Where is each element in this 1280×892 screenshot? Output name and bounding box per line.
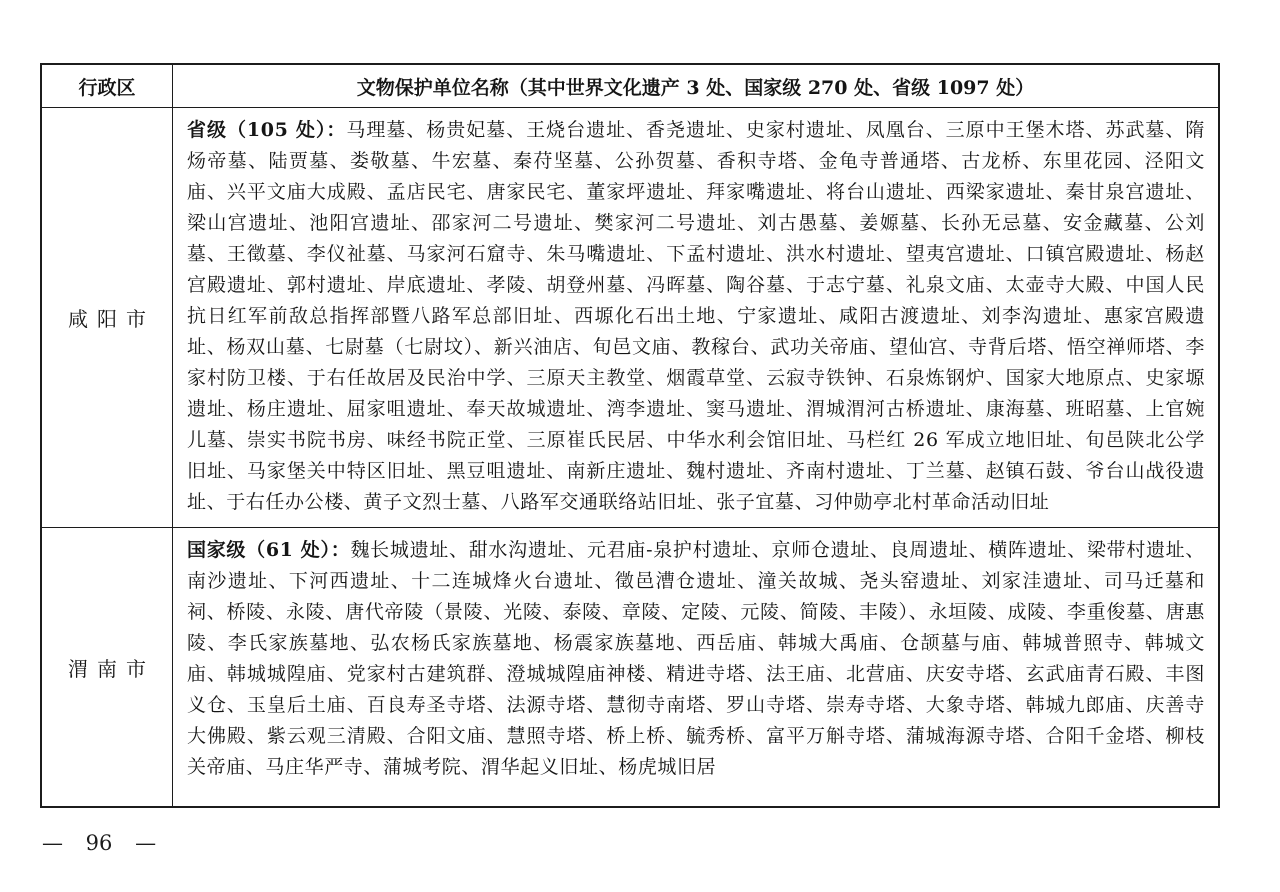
level-label-provincial: 省级（105 处）： [187,119,346,141]
units-paragraph: 省级（105 处）：马理墓、杨贵妃墓、王烧台遗址、香尧遗址、史家村遗址、凤凰台、… [187,115,1205,518]
heritage-units-table: 行政区 文物保护单位名称（其中世界文化遗产 3 处、国家级 270 处、省级 1… [40,63,1220,808]
header-cell-region: 行政区 [41,64,173,108]
units-cell-xianyang: 省级（105 处）：马理墓、杨贵妃墓、王烧台遗址、香尧遗址、史家村遗址、凤凰台、… [173,108,1220,528]
table-row: 渭南市 国家级（61 处）：魏长城遗址、甜水沟遗址、元君庙-泉护村遗址、京师仓遗… [41,528,1219,808]
table-row: 咸阳市 省级（105 处）：马理墓、杨贵妃墓、王烧台遗址、香尧遗址、史家村遗址、… [41,108,1219,528]
units-list-text: 魏长城遗址、甜水沟遗址、元君庙-泉护村遗址、京师仓遗址、良周遗址、横阵遗址、梁带… [187,539,1205,778]
units-cell-weinan: 国家级（61 处）：魏长城遗址、甜水沟遗址、元君庙-泉护村遗址、京师仓遗址、良周… [173,528,1220,808]
document-page: 行政区 文物保护单位名称（其中世界文化遗产 3 处、国家级 270 处、省级 1… [0,0,1280,892]
page-number: — 96 — [42,831,156,855]
units-paragraph: 国家级（61 处）：魏长城遗址、甜水沟遗址、元君庙-泉护村遗址、京师仓遗址、良周… [187,535,1205,783]
level-label-national: 国家级（61 处）： [187,539,350,561]
header-cell-unit-names: 文物保护单位名称（其中世界文化遗产 3 处、国家级 270 处、省级 1097 … [173,64,1220,108]
region-cell-xianyang: 咸阳市 [41,108,173,528]
units-list-text: 马理墓、杨贵妃墓、王烧台遗址、香尧遗址、史家村遗址、凤凰台、三原中王堡木塔、苏武… [187,119,1205,513]
table-header-row: 行政区 文物保护单位名称（其中世界文化遗产 3 处、国家级 270 处、省级 1… [41,64,1219,108]
region-cell-weinan: 渭南市 [41,528,173,808]
